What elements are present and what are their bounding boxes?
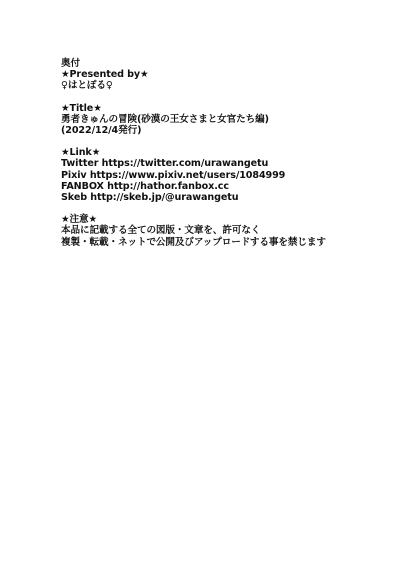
link-url: https://twitter.com/urawangetu [102, 158, 269, 169]
colophon-content: 奥付 ★Presented by★ ♀はとぽる♀ ★Title★ 勇者きゅんの冒… [61, 58, 326, 259]
link-fanbox: FANBOX http://hathor.fanbox.cc [61, 181, 326, 192]
link-label: FANBOX [61, 181, 104, 192]
link-skeb: Skeb http://skeb.jp/@urawangetu [61, 192, 326, 203]
link-pixiv: Pixiv https://www.pixiv.net/users/108499… [61, 170, 326, 181]
link-label: Pixiv [61, 170, 87, 181]
link-url: http://skeb.jp/@urawangetu [90, 192, 238, 203]
notice-line: 本品に記載する全ての図版・文章を、許可なく [61, 225, 326, 236]
publish-date: (2022/12/4発行) [61, 125, 326, 136]
colophon-title: 奥付 [61, 58, 326, 69]
colophon-page: 奥付 ★Presented by★ ♀はとぽる♀ ★Title★ 勇者きゅんの冒… [0, 0, 400, 566]
presented-heading: ★Presented by★ [61, 69, 326, 80]
link-label: Twitter [61, 158, 98, 169]
link-twitter: Twitter https://twitter.com/urawangetu [61, 158, 326, 169]
title-section: ★Title★ 勇者きゅんの冒険(砂漠の王女さまと女官たち編) (2022/12… [61, 103, 326, 137]
notice-heading: ★注意★ [61, 214, 326, 225]
notice-section: ★注意★ 本品に記載する全ての図版・文章を、許可なく 複製・転載・ネットで公開及… [61, 214, 326, 248]
notice-line: 複製・転載・ネットで公開及びアップロードする事を禁じます [61, 237, 326, 248]
author-name: ♀はとぽる♀ [61, 80, 326, 91]
work-title: 勇者きゅんの冒険(砂漠の王女さまと女官たち編) [61, 114, 326, 125]
link-section: ★Link★ Twitter https://twitter.com/urawa… [61, 147, 326, 203]
link-url: http://hathor.fanbox.cc [107, 181, 229, 192]
link-url: https://www.pixiv.net/users/1084999 [90, 170, 285, 181]
presented-section: 奥付 ★Presented by★ ♀はとぽる♀ [61, 58, 326, 92]
link-label: Skeb [61, 192, 87, 203]
link-heading: ★Link★ [61, 147, 326, 158]
title-heading: ★Title★ [61, 103, 326, 114]
